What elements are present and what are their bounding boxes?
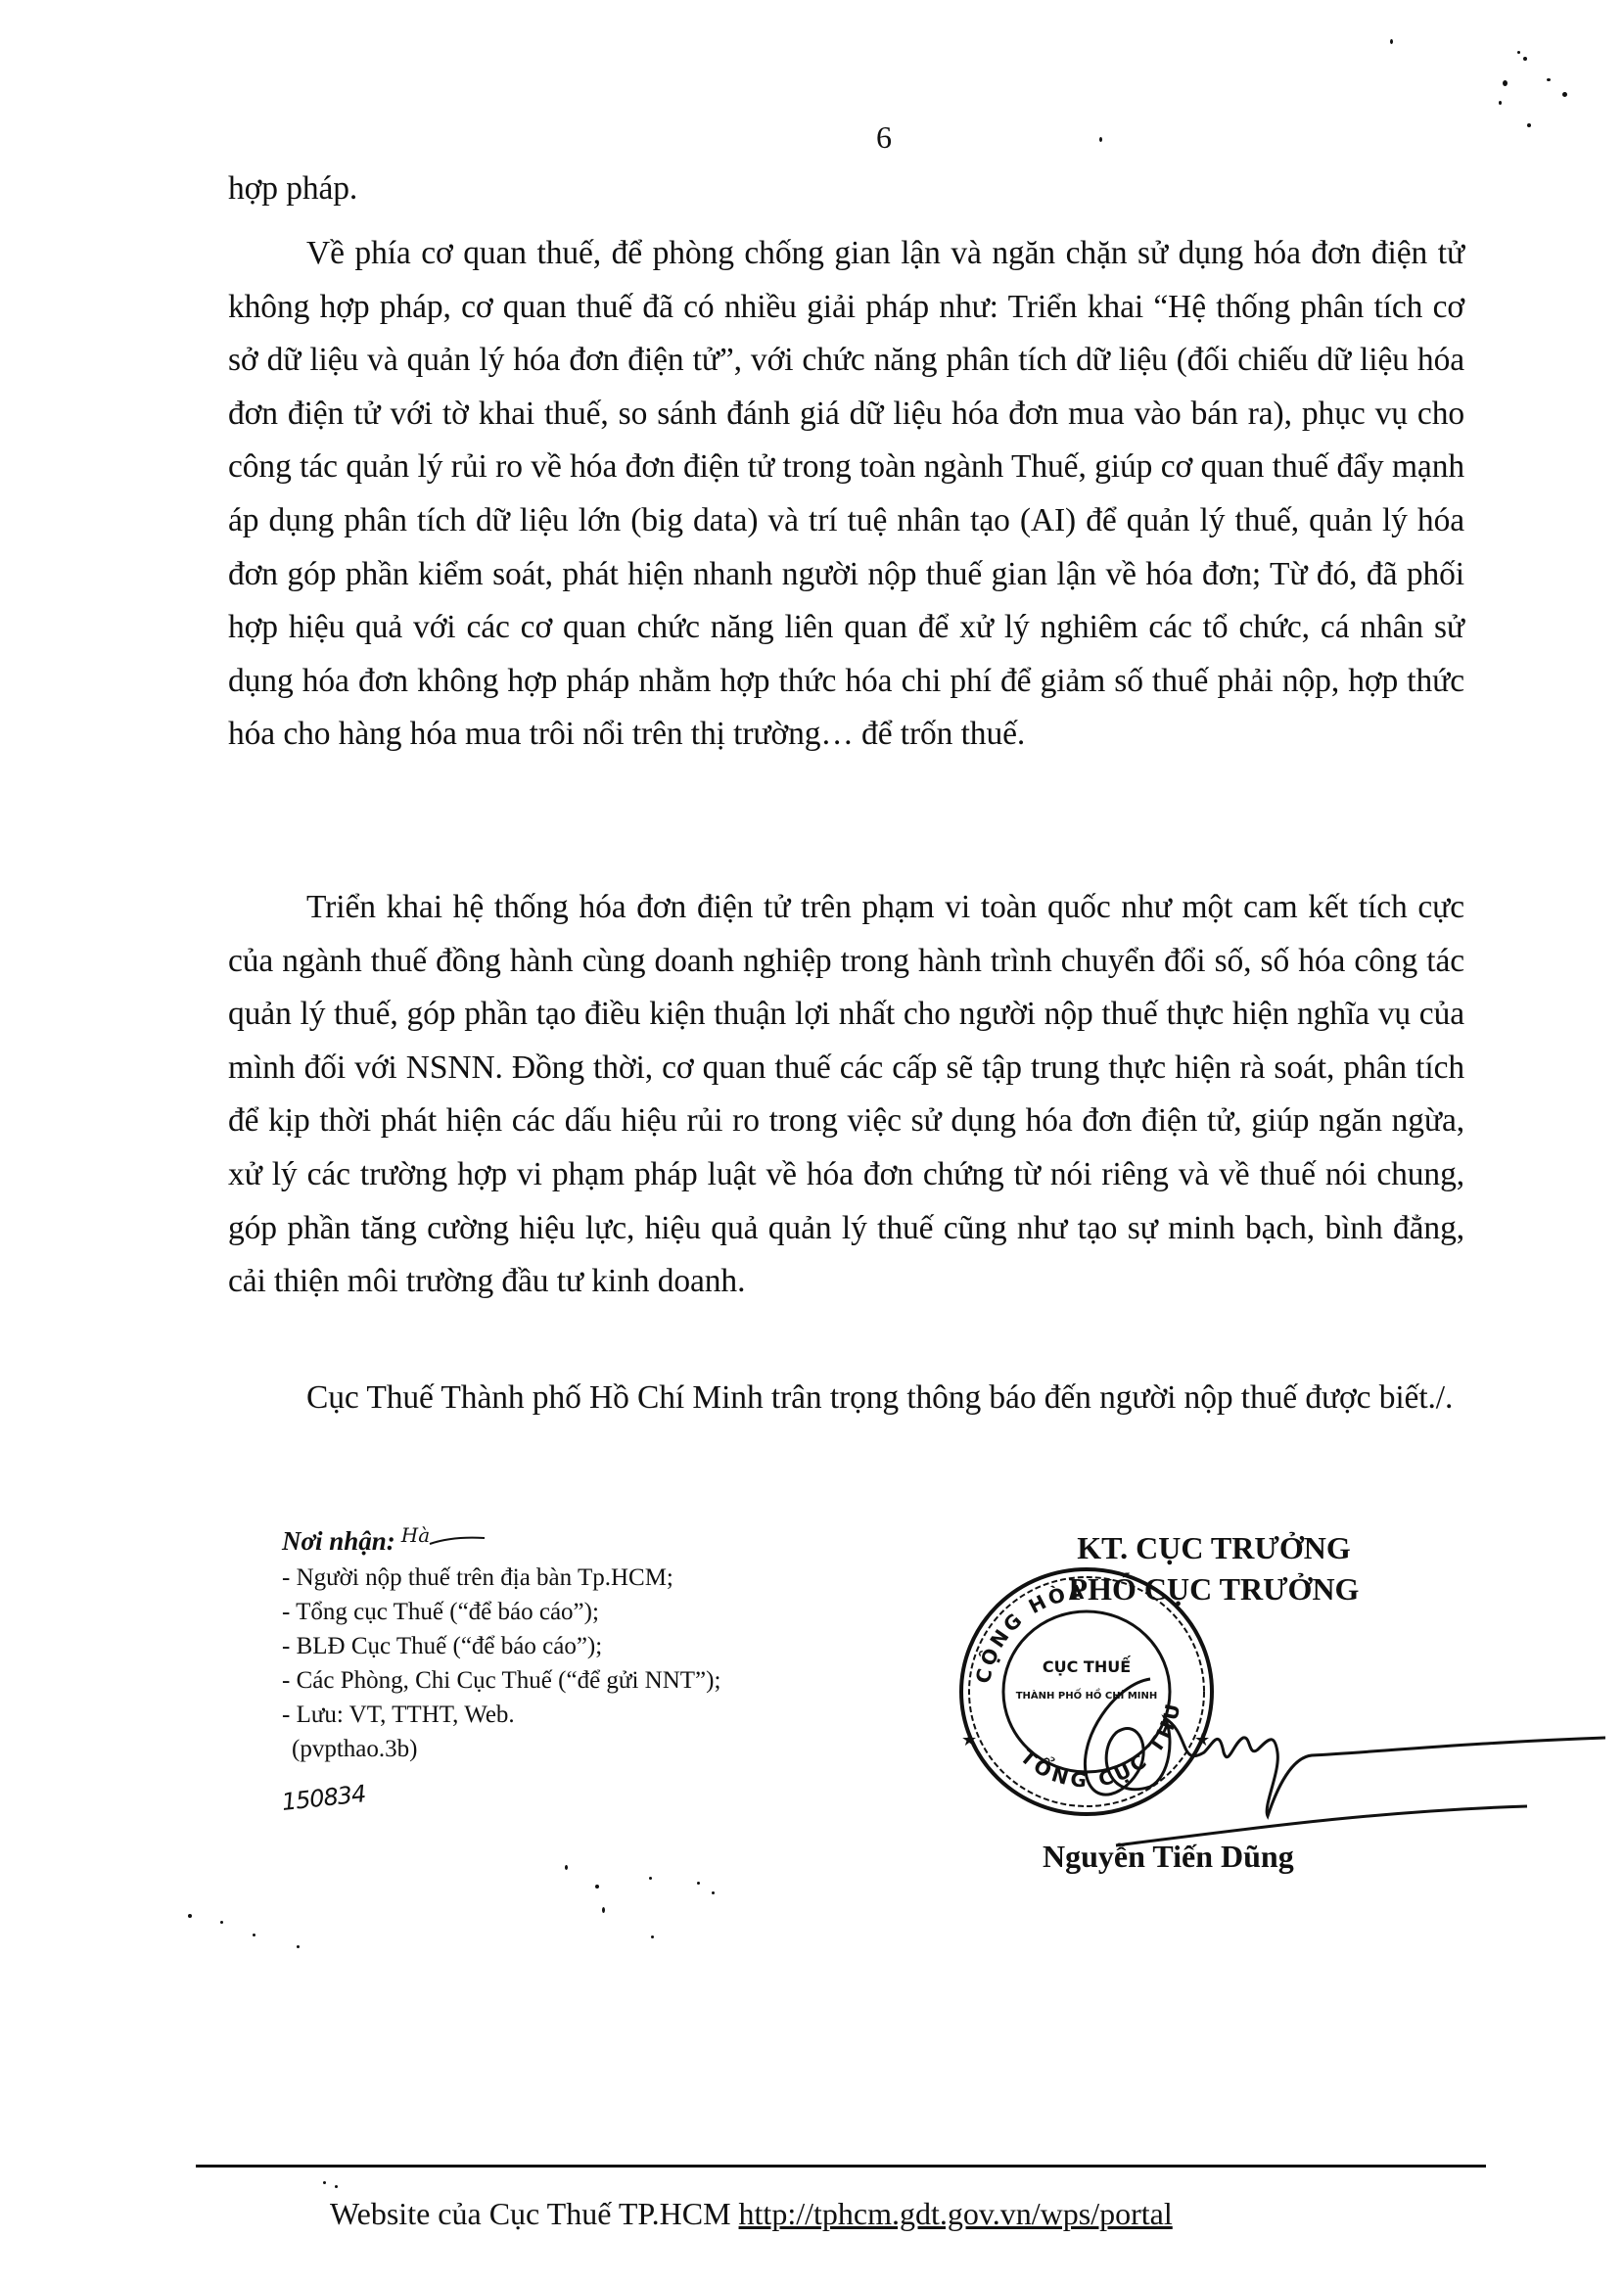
scan-speck	[697, 1882, 700, 1885]
scan-speck	[1503, 80, 1508, 86]
scan-speck	[253, 1934, 255, 1936]
recipients-label: Nơi nhận:	[282, 1526, 395, 1556]
scan-speck	[323, 2181, 326, 2184]
handwritten-signature-icon	[1057, 1659, 1605, 1855]
recipient-item: - Người nộp thuế trên địa bàn Tp.HCM;	[282, 1561, 720, 1595]
recipient-item: - Lưu: VT, TTHT, Web.	[282, 1698, 720, 1732]
signatory-name: Nguyễn Tiến Dũng	[1043, 1839, 1294, 1875]
paragraph-text: hợp pháp.	[228, 163, 1464, 216]
scan-speck	[1390, 39, 1393, 44]
footer-text: Website của Cục Thuế TP.HCM	[330, 2196, 731, 2231]
footer-divider	[196, 2165, 1486, 2168]
document-page: 6 hợp pháp. Về phía cơ quan thuế, để phò…	[0, 0, 1624, 2285]
reference-code: (pvpthao.3b)	[282, 1732, 720, 1766]
scan-speck	[1562, 92, 1567, 97]
handwritten-initials: Hà	[401, 1523, 430, 1547]
initials-underline-stroke	[428, 1534, 487, 1548]
scan-speck	[188, 1914, 192, 1918]
scan-speck	[651, 1935, 654, 1938]
body-paragraph-continuation: hợp pháp.	[228, 163, 1464, 216]
scan-speck	[1099, 137, 1102, 142]
scan-speck	[595, 1885, 599, 1889]
signature-title-line2: PHÓ CỤC TRƯỞNG	[1038, 1569, 1390, 1609]
scan-speck	[220, 1921, 223, 1924]
scan-speck	[297, 1945, 300, 1948]
scan-speck	[1517, 51, 1520, 54]
handwritten-number: 150834	[280, 1777, 367, 1820]
scan-speck	[1499, 101, 1502, 105]
scan-speck	[1527, 123, 1531, 127]
scan-speck	[602, 1907, 605, 1913]
body-paragraph-tax-authority-measures: Về phía cơ quan thuế, để phòng chống gia…	[228, 227, 1464, 762]
paragraph-text: Triển khai hệ thống hóa đơn điện tử trên…	[228, 881, 1464, 1309]
body-paragraph-e-invoice-rollout: Triển khai hệ thống hóa đơn điện tử trên…	[228, 881, 1464, 1309]
signature-block: CỘNG HÒA TỔNG CỤC THUẾ ★ ★ CỤC THUẾ THÀN…	[940, 1522, 1488, 1894]
recipient-item: - Tổng cục Thuế (“để báo cáo”);	[282, 1595, 720, 1629]
scan-speck	[649, 1877, 652, 1880]
scan-speck	[1547, 78, 1551, 81]
footer-website-link[interactable]: http://tphcm.gdt.gov.vn/wps/portal	[739, 2196, 1173, 2231]
page-number: 6	[876, 119, 892, 156]
body-paragraph-closing: Cục Thuế Thành phố Hồ Chí Minh trân trọn…	[228, 1372, 1464, 1425]
recipient-item: - Các Phòng, Chi Cục Thuế (“để gửi NNT”)…	[282, 1663, 720, 1698]
recipients-block: Nơi nhận:Hà - Người nộp thuế trên địa bà…	[282, 1524, 720, 1820]
paragraph-text: Cục Thuế Thành phố Hồ Chí Minh trân trọn…	[228, 1372, 1464, 1425]
signature-title-line1: KT. CỤC TRƯỞNG	[1038, 1528, 1390, 1567]
stamp-star-left: ★	[961, 1730, 977, 1749]
scan-speck	[335, 2185, 338, 2188]
scan-speck	[565, 1865, 568, 1870]
paragraph-text: Về phía cơ quan thuế, để phòng chống gia…	[228, 227, 1464, 762]
scan-speck	[1523, 57, 1527, 61]
scan-speck	[712, 1891, 715, 1894]
recipient-item: - BLĐ Cục Thuế (“để báo cáo”);	[282, 1629, 720, 1663]
footer: Website của Cục Thuế TP.HCM http://tphcm…	[330, 2196, 1173, 2232]
